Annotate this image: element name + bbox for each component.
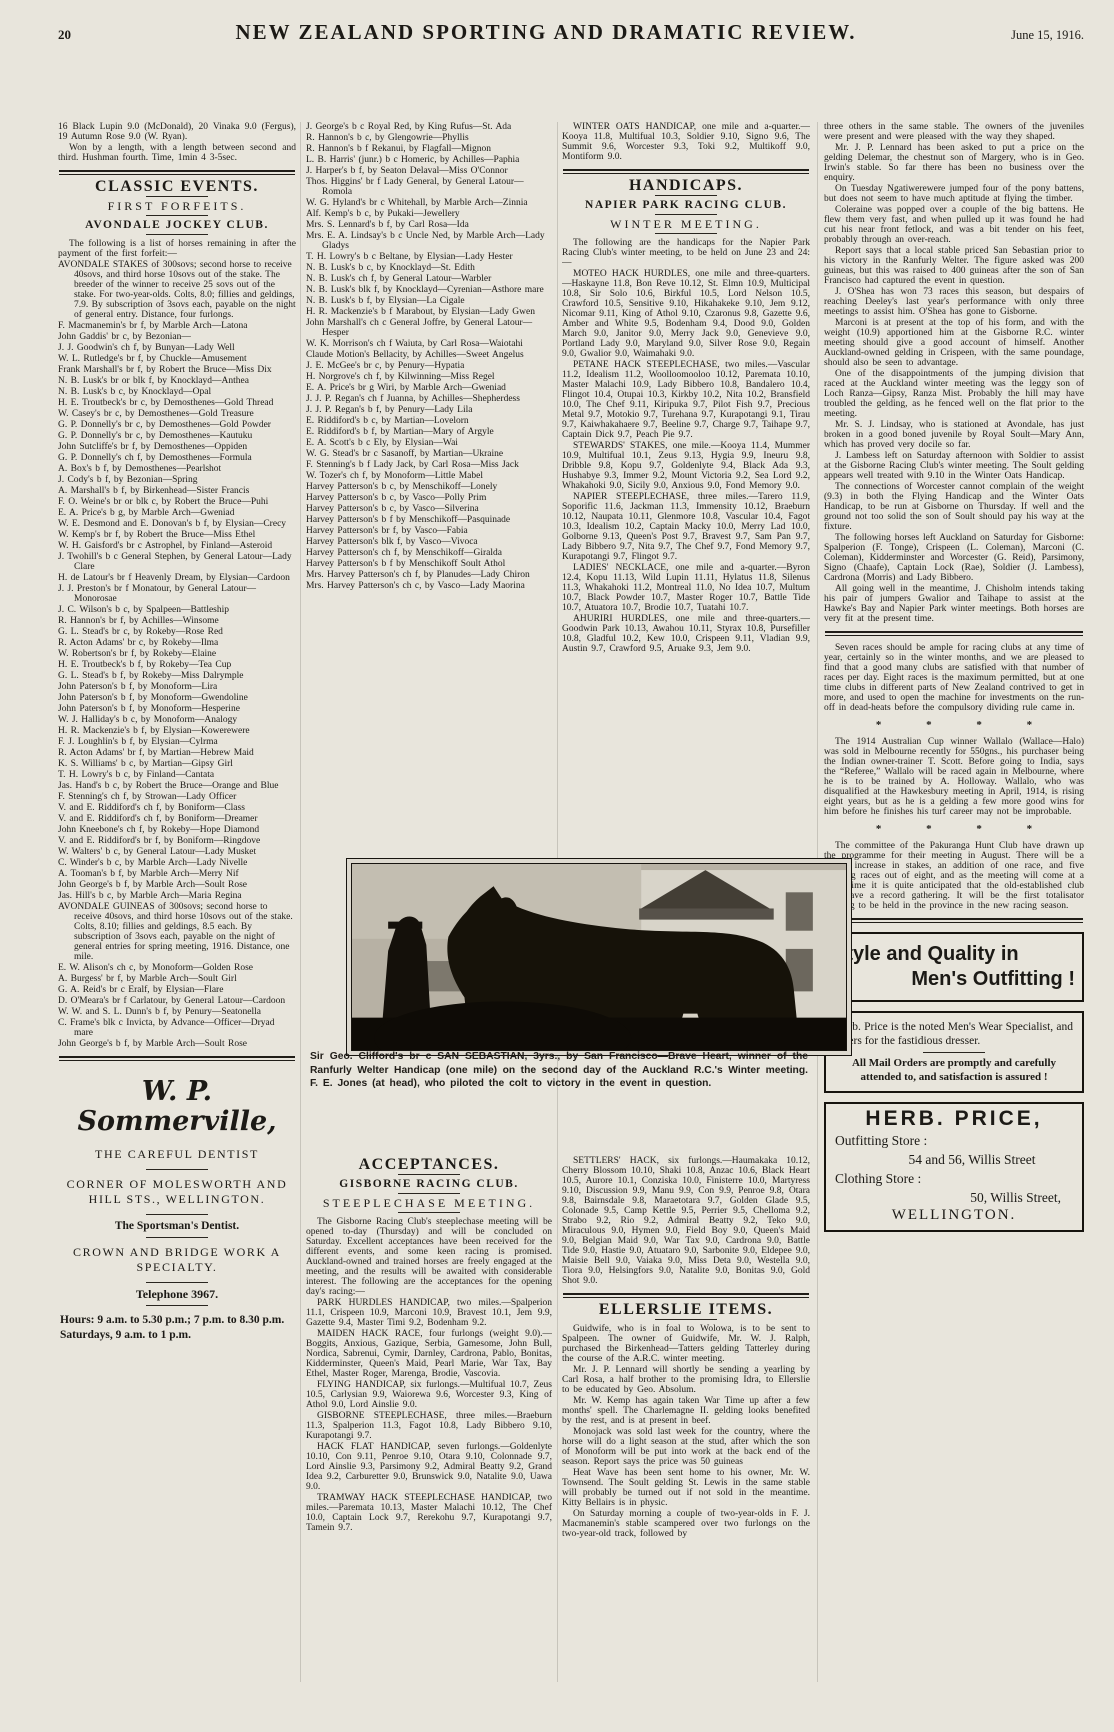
paragraph: MAIDEN HACK RACE, four furlongs (weight … bbox=[306, 1329, 552, 1379]
paragraph: MOTEO HACK HURDLES, one mile and three-q… bbox=[562, 269, 810, 359]
list-entry: E. Riddiford's b f, by Martian—Mary of A… bbox=[306, 427, 552, 437]
paragraph: NAPIER STEEPLECHASE, three miles.—Tarero… bbox=[562, 492, 810, 562]
list-entry: J. J. Goodwin's ch f, by Bunyan—Lady Wel… bbox=[58, 343, 296, 353]
list-entry: John Paterson's b f, by Monoform—Hesperi… bbox=[58, 704, 296, 714]
paragraph: The following is a list of horses remain… bbox=[58, 239, 296, 259]
list-entry: John Paterson's b f, by Monoform—Gwendol… bbox=[58, 693, 296, 703]
masthead: 20 NEW ZEALAND SPORTING AND DRAMATIC REV… bbox=[58, 20, 1084, 45]
paragraph: three others in the same stable. The own… bbox=[824, 122, 1084, 142]
handler-hat bbox=[388, 922, 422, 929]
ad-text: Style and Quality in bbox=[833, 942, 1075, 967]
section-divider bbox=[825, 631, 1083, 636]
list-entry: AVONDALE STAKES of 300sovs; second horse… bbox=[58, 260, 296, 320]
ornament-rule bbox=[146, 1305, 208, 1306]
list-entry: W. Casey's br c, by Demosthenes—Gold Tre… bbox=[58, 409, 296, 419]
list-entry: Harvey Patterson's b f by Menschikoff—Pa… bbox=[306, 515, 552, 525]
paragraph: TRAMWAY HACK STEEPLECHASE HANDICAP, two … bbox=[306, 1493, 552, 1533]
list-entry: J. E. McGee's br c, by Penury—Hypatia bbox=[306, 361, 552, 371]
paragraph: Mr. S. J. Lindsay, who is stationed at A… bbox=[824, 420, 1084, 450]
list-entry: W. J. Halliday's b c, by Monoform—Analog… bbox=[58, 715, 296, 725]
paragraph: WINTER OATS HANDICAP, one mile and a-qua… bbox=[562, 122, 810, 162]
list-entry: G. L. Stead's br c, by Rokeby—Rose Red bbox=[58, 627, 296, 637]
list-entry: V. and E. Riddiford's ch f, by Boniform—… bbox=[58, 814, 296, 824]
list-entry: AVONDALE GUINEAS of 300sovs; second hors… bbox=[58, 902, 296, 962]
column-3-lower: SETTLERS' HACK, six furlongs.—Haumakaka … bbox=[562, 1156, 810, 1726]
list-entry: R. Hannon's b f Rekanui, by Flagfall—Mig… bbox=[306, 144, 552, 154]
list-entry: J. J. P. Regan's b f, by Penury—Lady Lil… bbox=[306, 405, 552, 415]
list-entry: H. R. Mackenzie's b f Marabout, by Elysi… bbox=[306, 307, 552, 317]
list-entry: H. E. Troutbeck's b f, by Rokeby—Tea Cup bbox=[58, 660, 296, 670]
list-entry: John George's b f, by Marble Arch—Soult … bbox=[58, 1039, 296, 1049]
list-entry: N. B. Lusk's blk f, by Knocklayd—Cyrenia… bbox=[306, 285, 552, 295]
list-entry: R. Acton Adams' br c, by Rokeby—Ilma bbox=[58, 638, 296, 648]
list-entry: C. Frame's blk c Invicta, by Advance—Off… bbox=[58, 1018, 296, 1038]
list-entry: V. and E. Riddiford's br f, by Boniform—… bbox=[58, 836, 296, 846]
list-entry: E. Riddiford's b c, by Martian—Lovelorn bbox=[306, 416, 552, 426]
paragraph: The following horses left Auckland on Sa… bbox=[824, 533, 1084, 583]
paragraph: Seven races should be ample for racing c… bbox=[824, 643, 1084, 713]
ornament-rule bbox=[398, 1174, 460, 1175]
list-entry: H. E. Troutbeck's br c, by Demosthenes—G… bbox=[58, 398, 296, 408]
paragraph: The committee of the Pakuranga Hunt Club… bbox=[824, 841, 1084, 911]
list-entry: G. P. Donnelly's br c, by Demosthenes—Ka… bbox=[58, 431, 296, 441]
list-entry: A. Tooman's b f, by Marble Arch—Merry Ni… bbox=[58, 869, 296, 879]
paragraph: The connections of Worcester cannot comp… bbox=[824, 482, 1084, 532]
list-entry: Jas. Hand's b c, by Robert the Bruce—Ora… bbox=[58, 781, 296, 791]
list-entry: F. Stenning's ch f, by Strowan—Lady Offi… bbox=[58, 792, 296, 802]
ornament-rule bbox=[146, 196, 208, 197]
list-entry: K. S. Williams' b c, by Martian—Gipsy Gi… bbox=[58, 759, 296, 769]
ad-text: Clothing Store : bbox=[835, 1169, 1073, 1188]
list-entry: J. C. Wilson's b c, by Spalpeen—Battlesh… bbox=[58, 605, 296, 615]
list-entry: Harvey Patterson's b f by Menschikoff So… bbox=[306, 559, 552, 569]
column-2-upper: J. George's b c Royal Red, by King Rufus… bbox=[306, 122, 552, 838]
ornament-rule bbox=[398, 1193, 460, 1194]
list-entry: L. B. Harris' (junr.) b c Homeric, by Ac… bbox=[306, 155, 552, 165]
section-heading: CLASSIC EVENTS. bbox=[58, 182, 296, 192]
paragraph: Won by a length, with a length between s… bbox=[58, 143, 296, 163]
ad-text: Outfitting Store : bbox=[835, 1131, 1073, 1150]
list-entry: W. H. Gaisford's br c Astrophel, by Finl… bbox=[58, 541, 296, 551]
list-entry: H. Norgrove's ch f, by Kilwinning—Miss R… bbox=[306, 372, 552, 382]
club-heading: AVONDALE JOCKEY CLUB. bbox=[58, 220, 296, 230]
list-entry: John Marshall's ch c General Joffre, by … bbox=[306, 318, 552, 338]
star-separator: * * * * bbox=[824, 720, 1084, 730]
list-entry: E. W. Alison's ch c, by Monoform—Golden … bbox=[58, 963, 296, 973]
list-entry: John Gaddis' br c, by Bezonian— bbox=[58, 332, 296, 342]
list-entry: J. Harper's b f, by Seaton Delaval—Miss … bbox=[306, 166, 552, 176]
list-entry: Harvey Patterson's br f, by Vasco—Fabia bbox=[306, 526, 552, 536]
section-divider bbox=[825, 918, 1083, 923]
list-entry: W. G. Stead's br c Sasanoff, by Martian—… bbox=[306, 449, 552, 459]
section-heading: ACCEPTANCES. bbox=[306, 1160, 552, 1170]
list-entry: F. J. Loughlin's b f, by Elysian—Cylrma bbox=[58, 737, 296, 747]
list-entry: J. George's b c Royal Red, by King Rufus… bbox=[306, 122, 552, 132]
list-entry: Mrs. S. Lennard's b f, by Carl Rosa—Ida bbox=[306, 220, 552, 230]
ad-text: The Sportsman's Dentist. bbox=[58, 1221, 296, 1231]
column-rule bbox=[300, 122, 301, 1682]
ornament-rule bbox=[146, 1237, 208, 1238]
list-entry: Frank Marshall's br f, by Robert the Bru… bbox=[58, 365, 296, 375]
ad-text: WELLINGTON. bbox=[835, 1210, 1073, 1220]
list-entry: Claude Motion's Bellacity, by Achilles—S… bbox=[306, 350, 552, 360]
star-separator: * * * * bbox=[824, 824, 1084, 834]
section-heading: HANDICAPS. bbox=[562, 181, 810, 191]
paragraph: STEWARDS' STAKES, one mile.—Kooya 11.4, … bbox=[562, 441, 810, 491]
paragraph: GISBORNE STEEPLECHASE, three miles.—Brae… bbox=[306, 1411, 552, 1441]
list-entry: Thos. Higgins' br f Lady General, by Gen… bbox=[306, 177, 552, 197]
window bbox=[786, 892, 813, 930]
subheading: WINTER MEETING. bbox=[562, 219, 810, 229]
list-entry: W. E. Desmond and E. Donovan's b f, by E… bbox=[58, 519, 296, 529]
paragraph: On Saturday morning a couple of two-year… bbox=[562, 1509, 810, 1539]
ad-text: All Mail Orders are promptly and careful… bbox=[835, 1057, 1073, 1084]
ad-sommerville-dentist: W. P. Sommerville,THE CAREFUL DENTISTCOR… bbox=[58, 1077, 296, 1343]
list-entry: J. Twohill's b c General Stephen, by Gen… bbox=[58, 552, 296, 572]
list-entry: A. Burgess' br f, by Marble Arch—Soult G… bbox=[58, 974, 296, 984]
ad-text: Hours: 9 a.m. to 5.30 p.m.; 7 p.m. to 8.… bbox=[60, 1313, 294, 1343]
list-entry: John George's b f, by Marble Arch—Soult … bbox=[58, 880, 296, 890]
list-entry: G. A. Reid's br c Eralf, by Elysian—Flar… bbox=[58, 985, 296, 995]
photo-caption: Sir Geo. Clifford's br c SAN SEBASTIAN, … bbox=[310, 1050, 808, 1091]
ad-text: CROWN AND BRIDGE WORK A SPECIALTY. bbox=[62, 1245, 292, 1275]
balcony bbox=[639, 908, 774, 919]
column-2-lower: ACCEPTANCES.GISBORNE RACING CLUB.STEEPLE… bbox=[306, 1156, 552, 1726]
list-entry: J. J. P. Regan's ch f Juanna, by Achille… bbox=[306, 394, 552, 404]
list-entry: V. and E. Riddiford's ch f, by Boniform—… bbox=[58, 803, 296, 813]
list-entry: Mrs. Harvey Patterson's ch c, by Vasco—L… bbox=[306, 581, 552, 591]
paragraph: Mr. J. P. Lennard has been asked to put … bbox=[824, 143, 1084, 183]
paragraph: SETTLERS' HACK, six furlongs.—Haumakaka … bbox=[562, 1156, 810, 1286]
ornament-rule bbox=[655, 233, 717, 234]
paragraph: Coleraine was popped over a couple of th… bbox=[824, 205, 1084, 245]
list-entry: F. O. Weine's br or blk c, by Robert the… bbox=[58, 497, 296, 507]
ad-herb-price-store: HERB. PRICE,Outfitting Store :54 and 56,… bbox=[824, 1102, 1084, 1232]
list-entry: W. Kemp's br f, by Robert the Bruce—Miss… bbox=[58, 530, 296, 540]
paragraph: All going well in the meantime, J. Chish… bbox=[824, 584, 1084, 624]
list-entry: J. J. Preston's br f Monatour, by Genera… bbox=[58, 584, 296, 604]
paragraph: HACK FLAT HANDICAP, seven furlongs.—Gold… bbox=[306, 1442, 552, 1492]
newspaper-title: NEW ZEALAND SPORTING AND DRAMATIC REVIEW… bbox=[128, 20, 964, 45]
ad-text: CORNER OF MOLESWORTH AND HILL STS., WELL… bbox=[62, 1177, 292, 1207]
list-entry: D. O'Meara's br f Carlatour, by General … bbox=[58, 996, 296, 1006]
list-entry: F. Macmanemin's br f, by Marble Arch—Lat… bbox=[58, 321, 296, 331]
paragraph: PARK HURDLES HANDICAP, two miles.—Spalpe… bbox=[306, 1298, 552, 1328]
ad-herb-price-copy: Herb. Price is the noted Men's Wear Spec… bbox=[824, 1011, 1084, 1093]
list-entry: Harvey Patterson's b c, by Vasco—Silveri… bbox=[306, 504, 552, 514]
list-entry: E. A. Price's b g, by Marble Arch—Gwenia… bbox=[58, 508, 296, 518]
ornament-rule bbox=[655, 1319, 717, 1320]
list-entry: G. L. Stead's b f, by Rokeby—Miss Dalrym… bbox=[58, 671, 296, 681]
list-entry: N. B. Lusk's br or blk f, by Knocklayd—A… bbox=[58, 376, 296, 386]
ornament-rule bbox=[923, 1052, 985, 1053]
list-entry: W. Robertson's br f, by Rokeby—Elaine bbox=[58, 649, 296, 659]
paragraph: Mr. W. Kemp has again taken War Time up … bbox=[562, 1396, 810, 1426]
paragraph: The 1914 Australian Cup winner Wallalo (… bbox=[824, 737, 1084, 817]
paragraph: The following are the handicaps for the … bbox=[562, 238, 810, 268]
list-entry: R. Hannon's b c, by Glengowrie—Phyllis bbox=[306, 133, 552, 143]
list-entry: W. K. Morrison's ch f Waiuta, by Carl Ro… bbox=[306, 339, 552, 349]
horse-photo-illustration bbox=[352, 864, 846, 1050]
ad-text: Men's Outfitting ! bbox=[833, 967, 1075, 992]
club-heading: NAPIER PARK RACING CLUB. bbox=[562, 200, 810, 210]
issue-date: June 15, 1916. bbox=[964, 28, 1084, 43]
list-entry: W. W. and S. L. Dunn's b f, by Penury—Se… bbox=[58, 1007, 296, 1017]
list-entry: John Paterson's b f, by Monoform—Lira bbox=[58, 682, 296, 692]
list-entry: Mrs. E. A. Lindsay's b c Uncle Ned, by M… bbox=[306, 231, 552, 251]
list-entry: John Sutcliffe's br f, by Demosthenes—Op… bbox=[58, 442, 296, 452]
list-entry: W. Tozer's ch f, by Monoform—Little Mabe… bbox=[306, 471, 552, 481]
paragraph: Monojack was sold last week for the coun… bbox=[562, 1427, 810, 1467]
section-divider bbox=[563, 169, 809, 174]
list-entry: Harvey Patterson's b c, by Vasco—Polly P… bbox=[306, 493, 552, 503]
ornament-rule bbox=[146, 1282, 208, 1283]
column-4: three others in the same stable. The own… bbox=[824, 122, 1084, 1726]
paragraph: Marconi is at present at the top of his … bbox=[824, 318, 1084, 368]
paragraph: Heat Wave has been sent home to his owne… bbox=[562, 1468, 810, 1508]
section-divider bbox=[563, 1293, 809, 1298]
paragraph: Mr. J. P. Lennard will shortly be sendin… bbox=[562, 1365, 810, 1395]
paragraph: AHURIRI HURDLES, one mile and three-quar… bbox=[562, 614, 810, 654]
ornament-rule bbox=[146, 1214, 208, 1215]
club-heading: GISBORNE RACING CLUB. bbox=[306, 1179, 552, 1189]
ad-text: 54 and 56, Willis Street bbox=[835, 1150, 1073, 1169]
list-entry: John Kneebone's ch f, by Rokeby—Hope Dia… bbox=[58, 825, 296, 835]
section-divider bbox=[59, 170, 295, 175]
ad-text: HERB. PRICE, bbox=[835, 1114, 1073, 1124]
paragraph: J. O'Shea has won 73 races this season, … bbox=[824, 287, 1084, 317]
paragraph: Report says that a local stable priced S… bbox=[824, 246, 1084, 286]
page-number: 20 bbox=[58, 27, 128, 43]
list-entry: H. R. Mackenzie's b f, by Elysian—Kowere… bbox=[58, 726, 296, 736]
list-entry: Mrs. Harvey Patterson's ch f, by Planude… bbox=[306, 570, 552, 580]
ornament-rule bbox=[655, 195, 717, 196]
list-entry: W. Walters' b c, by General Latour—Lady … bbox=[58, 847, 296, 857]
newspaper-page: 20 NEW ZEALAND SPORTING AND DRAMATIC REV… bbox=[0, 0, 1114, 1732]
paragraph: The Gisborne Racing Club's steeplechase … bbox=[306, 1217, 552, 1297]
list-entry: Harvey Patterson's b c, by Menschikoff—L… bbox=[306, 482, 552, 492]
subheading: FIRST FORFEITS. bbox=[58, 201, 296, 211]
column-1: 16 Black Lupin 9.0 (McDonald), 20 Vinaka… bbox=[58, 122, 296, 1722]
section-heading: ELLERSLIE ITEMS. bbox=[562, 1305, 810, 1315]
ornament-rule bbox=[146, 1169, 208, 1170]
list-entry: W. L. Rutledge's br f, by Chuckle—Amusem… bbox=[58, 354, 296, 364]
paragraph: J. Lambess left on Saturday afternoon wi… bbox=[824, 451, 1084, 481]
ad-text: Telephone 3967. bbox=[58, 1289, 296, 1299]
column-3-upper: WINTER OATS HANDICAP, one mile and a-qua… bbox=[562, 122, 810, 838]
ornament-rule bbox=[655, 214, 717, 215]
photo-frame bbox=[351, 863, 847, 1051]
ad-text: THE CAREFUL DENTIST bbox=[62, 1147, 292, 1162]
ornament-rule bbox=[146, 215, 208, 216]
ad-text: Herb. Price is the noted Men's Wear Spec… bbox=[835, 1020, 1073, 1048]
ad-style-quality: Style and Quality inMen's Outfitting ! bbox=[824, 932, 1084, 1002]
list-entry: N. B. Lusk's ch f, by General Latour—War… bbox=[306, 274, 552, 284]
ad-text: 50, Willis Street, bbox=[835, 1188, 1073, 1207]
list-entry: E. A. Price's br g Wiri, by Marble Arch—… bbox=[306, 383, 552, 393]
ad-text: W. P. Sommerville, bbox=[58, 1077, 296, 1137]
list-entry: Alf. Kemp's b c, by Pukaki—Jewellery bbox=[306, 209, 552, 219]
section-divider bbox=[59, 1056, 295, 1061]
list-entry: A. Marshall's b f, by Birkenhead—Sister … bbox=[58, 486, 296, 496]
list-entry: J. Cody's b f, by Bezonian—Spring bbox=[58, 475, 296, 485]
list-entry: N. B. Lusk's b c, by Knocklayd—Opal bbox=[58, 387, 296, 397]
list-entry: T. H. Lowry's b c Beltane, by Elysian—La… bbox=[306, 252, 552, 262]
paragraph: 16 Black Lupin 9.0 (McDonald), 20 Vinaka… bbox=[58, 122, 296, 142]
subheading: STEEPLECHASE MEETING. bbox=[306, 1198, 552, 1208]
paragraph: FLYING HANDICAP, six furlongs.—Multifual… bbox=[306, 1380, 552, 1410]
paragraph: On Tuesday Ngatiwerewere jumped four of … bbox=[824, 184, 1084, 204]
list-entry: T. H. Lowry's b c, by Finland—Cantata bbox=[58, 770, 296, 780]
list-entry: G. P. Donnelly's br c, by Demosthenes—Go… bbox=[58, 420, 296, 430]
list-entry: N. B. Lusk's b f, by Elysian—La Cigale bbox=[306, 296, 552, 306]
list-entry: R. Acton Adams' br f, by Martian—Hebrew … bbox=[58, 748, 296, 758]
list-entry: Jas. Hill's b c, by Marble Arch—Maria Re… bbox=[58, 891, 296, 901]
list-entry: C. Winder's b c, by Marble Arch—Lady Niv… bbox=[58, 858, 296, 868]
list-entry: A. Box's b f, by Demosthenes—Pearlshot bbox=[58, 464, 296, 474]
list-entry: R. Hannon's br f, by Achilles—Winsome bbox=[58, 616, 296, 626]
list-entry: G. P. Donnelly's ch f, by Demosthenes—Fo… bbox=[58, 453, 296, 463]
list-entry: N. B. Lusk's b c, by Knocklayd—St. Edith bbox=[306, 263, 552, 273]
list-entry: Harvey Patterson's ch f, by Menschikoff—… bbox=[306, 548, 552, 558]
ornament-rule bbox=[398, 1212, 460, 1213]
list-entry: W. G. Hyland's br c Whitehall, by Marble… bbox=[306, 198, 552, 208]
list-entry: H. de Latour's br f Heavenly Dream, by E… bbox=[58, 573, 296, 583]
paragraph: One of the disappointments of the jumpin… bbox=[824, 369, 1084, 419]
list-entry: E. A. Scott's b c Ely, by Elysian—Wai bbox=[306, 438, 552, 448]
list-entry: F. Stenning's b f Lady Jack, by Carl Ros… bbox=[306, 460, 552, 470]
paragraph: Guidwife, who is in foal to Wolowa, is t… bbox=[562, 1324, 810, 1364]
paragraph: PETANE HACK STEEPLECHASE, two miles.—Vas… bbox=[562, 360, 810, 440]
paragraph: LADIES' NECKLACE, one mile and a-quarter… bbox=[562, 563, 810, 613]
list-entry: Harvey Patterson's blk f, by Vasco—Vivoc… bbox=[306, 537, 552, 547]
photo-san-sebastian bbox=[346, 858, 852, 1056]
ornament-rule bbox=[146, 234, 208, 235]
